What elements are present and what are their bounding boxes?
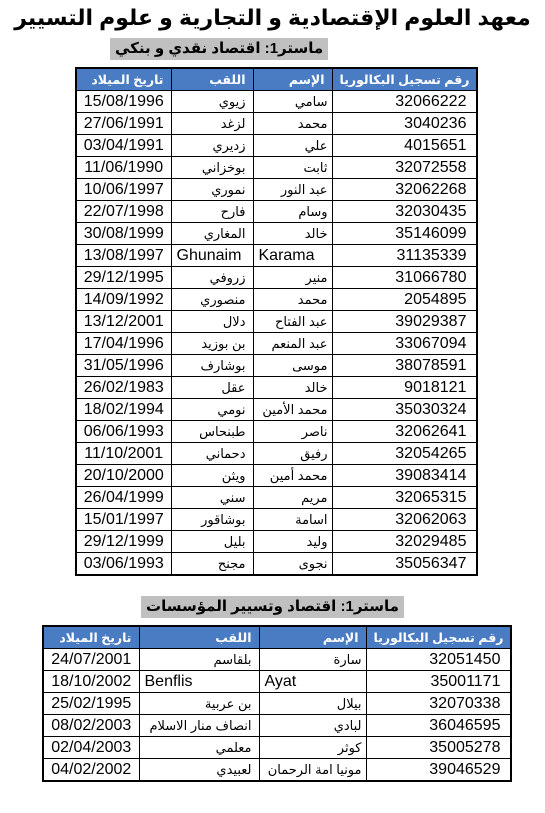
table-row: 32062063اسامةبوشاقور15/01/1997 [76, 509, 477, 531]
bac-number-cell: 32072558 [332, 157, 477, 179]
last-name-cell: Benflis [139, 671, 259, 693]
bac-number-cell: 32066222 [332, 91, 477, 113]
table-row: 35056347نجوىمجنح03/06/1993 [76, 553, 477, 576]
first-name-cell: محمد [253, 113, 332, 135]
birth-date-cell: 03/06/1993 [76, 553, 171, 576]
first-name-cell: كوثر [259, 737, 366, 759]
birth-date-cell: 06/06/1993 [76, 421, 171, 443]
section-2-heading-row: ماستر1: اقتصاد وتسيير المؤسسات [0, 596, 545, 619]
first-name-cell: ثابت [253, 157, 332, 179]
first-name-cell: محمد [253, 289, 332, 311]
bac-number-cell: 32070338 [366, 693, 511, 715]
bac-number-cell: 32062063 [332, 509, 477, 531]
table-row: 32054265رفيقدحماني11/10/2001 [76, 443, 477, 465]
bac-number-cell: 33067094 [332, 333, 477, 355]
bac-number-cell: 39046529 [366, 759, 511, 782]
table-row: 32051450سارةبلقاسم24/07/2001 [43, 649, 511, 671]
bac-number-cell: 32065315 [332, 487, 477, 509]
table-row: 32062641ناصرطبنحاس06/06/1993 [76, 421, 477, 443]
last-name-cell: بن بوزيد [171, 333, 253, 355]
birth-date-cell: 29/12/1995 [76, 267, 171, 289]
first-name-cell: محمد الأمين [253, 399, 332, 421]
last-name-cell: عقل [171, 377, 253, 399]
last-name-cell: لزغد [171, 113, 253, 135]
table-row: 32065315مريمسني26/04/1999 [76, 487, 477, 509]
column-header: الإسم [259, 626, 366, 649]
last-name-cell: بن عربية [139, 693, 259, 715]
last-name-cell: بوخزاني [171, 157, 253, 179]
birth-date-cell: 18/10/2002 [43, 671, 139, 693]
table-row: 39029387عبد الفتاحدلال13/12/2001 [76, 311, 477, 333]
bac-number-cell: 31066780 [332, 267, 477, 289]
bac-number-cell: 4015651 [332, 135, 477, 157]
table-row: 33067094عبد المنعمبن بوزيد17/04/1996 [76, 333, 477, 355]
first-name-cell: بيلال [259, 693, 366, 715]
first-name-cell: خالد [253, 223, 332, 245]
bac-number-cell: 32062641 [332, 421, 477, 443]
birth-date-cell: 13/12/2001 [76, 311, 171, 333]
table-1-body: 32066222ساميزيوي15/08/19963040236محمدلزغ… [76, 91, 477, 576]
table-row: 35030324محمد الأميننومي18/02/1994 [76, 399, 477, 421]
table-row: 31066780منيرزروفي29/12/1995 [76, 267, 477, 289]
birth-date-cell: 17/04/1996 [76, 333, 171, 355]
bac-number-cell: 36046595 [366, 715, 511, 737]
bac-number-cell: 9018121 [332, 377, 477, 399]
bac-number-cell: 32051450 [366, 649, 511, 671]
birth-date-cell: 30/08/1999 [76, 223, 171, 245]
table-row: 4015651عليزديري03/04/1991 [76, 135, 477, 157]
last-name-cell: زيوي [171, 91, 253, 113]
column-header: الإسم [253, 68, 332, 91]
birth-date-cell: 10/06/1997 [76, 179, 171, 201]
first-name-cell: نجوى [253, 553, 332, 576]
first-name-cell: منير [253, 267, 332, 289]
birth-date-cell: 03/04/1991 [76, 135, 171, 157]
table-2-header: رقم تسجيل البكالورياالإسماللقبتاريخ المي… [43, 626, 511, 649]
last-name-cell: طبنحاس [171, 421, 253, 443]
bac-number-cell: 32029485 [332, 531, 477, 553]
first-name-cell: علي [253, 135, 332, 157]
last-name-cell: معلمي [139, 737, 259, 759]
table-row: 31135339KaramaGhunaim13/08/1997 [76, 245, 477, 267]
birth-date-cell: 04/02/2002 [43, 759, 139, 782]
first-name-cell: خالد [253, 377, 332, 399]
page: { "page": { "title": "معهد العلوم الإقتص… [0, 0, 545, 813]
table-row: 39046529مونيا امة الرحمانلعبيدي04/02/200… [43, 759, 511, 782]
last-name-cell: بليل [171, 531, 253, 553]
first-name-cell: محمد أمين [253, 465, 332, 487]
birth-date-cell: 02/04/2003 [43, 737, 139, 759]
table-row: 32029485وليدبليل29/12/1999 [76, 531, 477, 553]
column-header: اللقب [139, 626, 259, 649]
first-name-cell: Karama [253, 245, 332, 267]
table-row: 32030435وسامفارح22/07/1998 [76, 201, 477, 223]
last-name-cell: المغاري [171, 223, 253, 245]
bac-number-cell: 32030435 [332, 201, 477, 223]
last-name-cell: انصاف منار الاسلام [139, 715, 259, 737]
first-name-cell: سامي [253, 91, 332, 113]
birth-date-cell: 15/08/1996 [76, 91, 171, 113]
birth-date-cell: 26/04/1999 [76, 487, 171, 509]
table-row: 2054895محمدمنصوري14/09/1992 [76, 289, 477, 311]
last-name-cell: بلقاسم [139, 649, 259, 671]
birth-date-cell: 20/10/2000 [76, 465, 171, 487]
last-name-cell: دلال [171, 311, 253, 333]
bac-number-cell: 38078591 [332, 355, 477, 377]
table-row: 32072558ثابتبوخزاني11/06/1990 [76, 157, 477, 179]
birth-date-cell: 13/08/1997 [76, 245, 171, 267]
first-name-cell: لبادي [259, 715, 366, 737]
bac-number-cell: 35005278 [366, 737, 511, 759]
column-header: رقم تسجيل البكالوريا [332, 68, 477, 91]
section-1-heading: ماستر1: اقتصاد نقدي و بنكي [110, 38, 328, 60]
first-name-cell: Ayat [259, 671, 366, 693]
bac-number-cell: 39083414 [332, 465, 477, 487]
table-2-body: 32051450سارةبلقاسم24/07/200135001171Ayat… [43, 649, 511, 782]
last-name-cell: بوشارف [171, 355, 253, 377]
birth-date-cell: 11/06/1990 [76, 157, 171, 179]
table-row: 35146099خالدالمغاري30/08/1999 [76, 223, 477, 245]
first-name-cell: عبد الفتاح [253, 311, 332, 333]
bac-number-cell: 3040236 [332, 113, 477, 135]
last-name-cell: نومي [171, 399, 253, 421]
bac-number-cell: 35056347 [332, 553, 477, 576]
section-1-heading-row: ماستر1: اقتصاد نقدي و بنكي [0, 38, 545, 61]
last-name-cell: منصوري [171, 289, 253, 311]
last-name-cell: Ghunaim [171, 245, 253, 267]
first-name-cell: وليد [253, 531, 332, 553]
birth-date-cell: 08/02/2003 [43, 715, 139, 737]
first-name-cell: ناصر [253, 421, 332, 443]
first-name-cell: عبد المنعم [253, 333, 332, 355]
table-row: 35005278كوثرمعلمي02/04/2003 [43, 737, 511, 759]
table-row: 39083414محمد أمينويثن20/10/2000 [76, 465, 477, 487]
students-table-enterprise-management: رقم تسجيل البكالورياالإسماللقبتاريخ المي… [42, 625, 512, 782]
table-row: 35001171AyatBenflis18/10/2002 [43, 671, 511, 693]
table-row: 38078591موسىبوشارف31/05/1996 [76, 355, 477, 377]
first-name-cell: موسى [253, 355, 332, 377]
bac-number-cell: 31135339 [332, 245, 477, 267]
first-name-cell: سارة [259, 649, 366, 671]
header-row: رقم تسجيل البكالورياالإسماللقبتاريخ المي… [43, 626, 511, 649]
first-name-cell: وسام [253, 201, 332, 223]
bac-number-cell: 35001171 [366, 671, 511, 693]
bac-number-cell: 39029387 [332, 311, 477, 333]
page-title: معهد العلوم الإقتصادية و التجارية و علوم… [0, 1, 545, 35]
bac-number-cell: 35030324 [332, 399, 477, 421]
birth-date-cell: 29/12/1999 [76, 531, 171, 553]
first-name-cell: رفيق [253, 443, 332, 465]
bac-number-cell: 32054265 [332, 443, 477, 465]
last-name-cell: ويثن [171, 465, 253, 487]
last-name-cell: زروفي [171, 267, 253, 289]
first-name-cell: مونيا امة الرحمان [259, 759, 366, 782]
bac-number-cell: 2054895 [332, 289, 477, 311]
birth-date-cell: 18/02/1994 [76, 399, 171, 421]
last-name-cell: سني [171, 487, 253, 509]
table-row: 36046595لباديانصاف منار الاسلام08/02/200… [43, 715, 511, 737]
section-2-heading: ماستر1: اقتصاد وتسيير المؤسسات [141, 596, 404, 618]
students-table-monetary-banking: رقم تسجيل البكالورياالإسماللقبتاريخ المي… [75, 67, 478, 576]
first-name-cell: مريم [253, 487, 332, 509]
table-row: 32066222ساميزيوي15/08/1996 [76, 91, 477, 113]
table-row: 32070338بيلالبن عربية25/02/1995 [43, 693, 511, 715]
birth-date-cell: 14/09/1992 [76, 289, 171, 311]
table-row: 32062268عبد النورنموري10/06/1997 [76, 179, 477, 201]
last-name-cell: بوشاقور [171, 509, 253, 531]
birth-date-cell: 31/05/1996 [76, 355, 171, 377]
birth-date-cell: 15/01/1997 [76, 509, 171, 531]
birth-date-cell: 26/02/1983 [76, 377, 171, 399]
birth-date-cell: 11/10/2001 [76, 443, 171, 465]
header-row: رقم تسجيل البكالورياالإسماللقبتاريخ المي… [76, 68, 477, 91]
last-name-cell: فارح [171, 201, 253, 223]
table-1-header: رقم تسجيل البكالورياالإسماللقبتاريخ المي… [76, 68, 477, 91]
last-name-cell: لعبيدي [139, 759, 259, 782]
last-name-cell: نموري [171, 179, 253, 201]
table-row: 3040236محمدلزغد27/06/1991 [76, 113, 477, 135]
column-header: رقم تسجيل البكالوريا [366, 626, 511, 649]
birth-date-cell: 27/06/1991 [76, 113, 171, 135]
last-name-cell: زديري [171, 135, 253, 157]
column-header: اللقب [171, 68, 253, 91]
birth-date-cell: 24/07/2001 [43, 649, 139, 671]
first-name-cell: عبد النور [253, 179, 332, 201]
bac-number-cell: 35146099 [332, 223, 477, 245]
last-name-cell: مجنح [171, 553, 253, 576]
column-header: تاريخ الميلاد [76, 68, 171, 91]
birth-date-cell: 22/07/1998 [76, 201, 171, 223]
last-name-cell: دحماني [171, 443, 253, 465]
bac-number-cell: 32062268 [332, 179, 477, 201]
column-header: تاريخ الميلاد [43, 626, 139, 649]
first-name-cell: اسامة [253, 509, 332, 531]
table-row: 9018121خالدعقل26/02/1983 [76, 377, 477, 399]
birth-date-cell: 25/02/1995 [43, 693, 139, 715]
